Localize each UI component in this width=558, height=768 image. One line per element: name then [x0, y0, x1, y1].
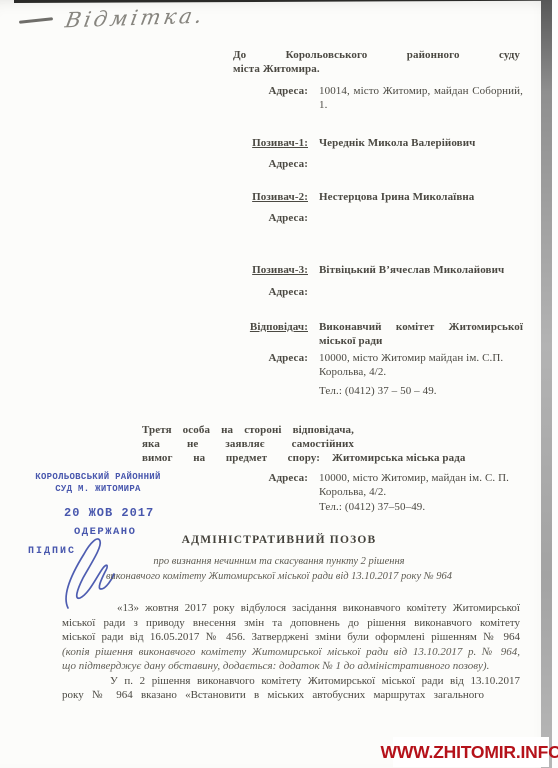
third-party-line1: Третя особа на стороні відповідача,	[142, 424, 354, 438]
plaintiff3-name: Вітвіцький В’ячеслав Миколайович	[319, 264, 523, 278]
body-line: (копія рішення виконавчого комітету Жито…	[62, 645, 520, 659]
plaintiff2-name: Нестерцова Ірина Миколаївна	[319, 191, 523, 205]
stamp-line2: СУД М. ЖИТОМИРА	[28, 484, 168, 496]
scan-top-edge	[14, 0, 558, 3]
handwritten-dash	[19, 17, 53, 24]
plaintiff1-label: Позивач-1:	[210, 137, 308, 151]
third-party-line2: яка не заявляє самостійних	[142, 438, 354, 452]
defendant-label: Відповідач:	[210, 321, 308, 335]
plaintiff3-label: Позивач-3:	[210, 264, 308, 278]
court-stamp: КОРОЛЬОВСЬКИЙ РАЙОННИЙ СУД М. ЖИТОМИРА	[28, 472, 168, 495]
handwritten-note: Відмітка.	[63, 4, 206, 33]
watermark: WWW.ZHITOMIR.INFO	[393, 737, 549, 767]
body-line: міської ради з приводу внесення змін та …	[62, 616, 520, 630]
plaintiff3-address-label: Адреса:	[210, 286, 308, 300]
stamp-date: 20 ЖОВ 2017	[64, 506, 154, 520]
plaintiff2-address-label: Адреса:	[210, 212, 308, 226]
third-party-line3: вимог на предмет спору: Житомирська місь…	[142, 452, 522, 466]
scan-right-shadow	[541, 0, 552, 768]
body-line: «13» жовтня 2017 року відбулося засіданн…	[62, 601, 520, 615]
subtitle-line1: про визнання нечинним та скасування пунк…	[49, 556, 509, 567]
defendant-name: Виконавчий комітет Житомирської міської …	[319, 321, 523, 348]
scanned-document-page: Відмітка. До Корольовського районного су…	[0, 0, 558, 768]
defendant-address-value: 10000, місто Житомир майдан ім. С.П. Кор…	[319, 352, 523, 379]
stamp-line1: КОРОЛЬОВСЬКИЙ РАЙОННИЙ	[28, 472, 168, 484]
third-party-name: Житомирська міська рада	[332, 452, 465, 466]
body-line: міської ради від 16.05.2017 № 456. Затве…	[62, 630, 520, 644]
plaintiff1-name: Череднік Микола Валерійович	[319, 137, 523, 151]
document-title: АДМІНІСТРАТИВНИЙ ПОЗОВ	[79, 534, 479, 546]
court-header: До Корольовського районного суду міста Ж…	[233, 49, 520, 76]
scan-right-margin	[552, 0, 558, 768]
third-party-phone: Тел.: (0412) 37–50–49.	[319, 501, 523, 515]
plaintiff1-address-label: Адреса:	[210, 158, 308, 172]
body-line: що підтверджує дану обставину, додається…	[62, 659, 520, 673]
plaintiff2-label: Позивач-2:	[210, 191, 308, 205]
third-party-line3-label: вимог на предмет спору:	[142, 452, 320, 466]
court-header-line2: міста Житомира.	[233, 63, 520, 77]
body-line: У п. 2 рішення виконавчого комітету Жито…	[62, 674, 520, 688]
court-header-line1: До Корольовського районного суду	[233, 49, 520, 63]
court-address-label: Адреса:	[210, 85, 308, 99]
defendant-phone: Тел.: (0412) 37 – 50 – 49.	[319, 385, 523, 399]
third-party-address-value: 10000, місто Житомир, майдан ім. С. П. К…	[319, 472, 523, 499]
third-party-address-label: Адреса:	[210, 472, 308, 486]
defendant-address-label: Адреса:	[210, 352, 308, 366]
subtitle-line2: виконавчого комітету Житомирської місько…	[49, 571, 509, 582]
court-address-value: 10014, місто Житомир, майдан Соборний, 1…	[319, 85, 523, 112]
body-line: року № 964 вказано «Встановити в міських…	[62, 688, 484, 702]
